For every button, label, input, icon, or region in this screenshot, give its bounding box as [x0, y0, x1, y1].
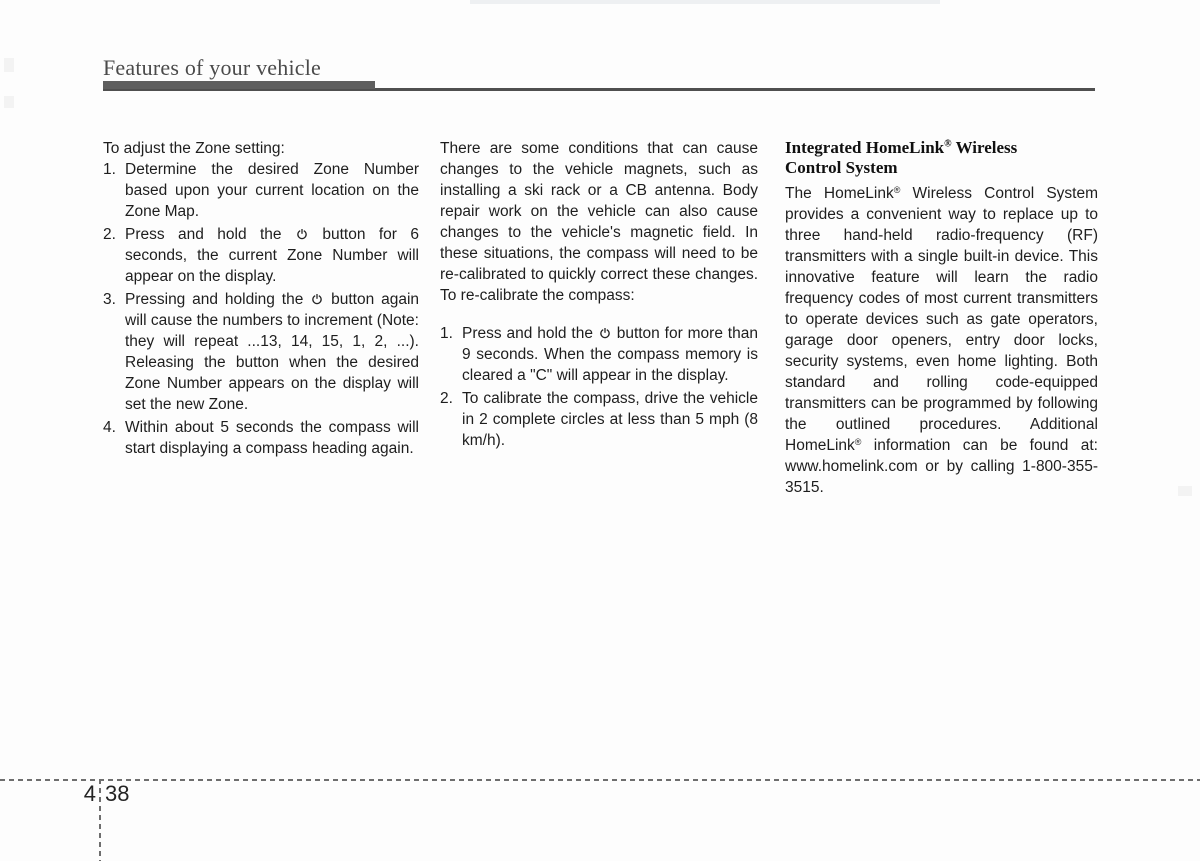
footer-dashed-rule-horizontal [0, 779, 1200, 781]
zone-setting-intro: To adjust the Zone setting: [103, 138, 419, 159]
list-item-text: Within about 5 seconds the compass will … [125, 417, 419, 459]
list-item-number: 1. [103, 159, 125, 222]
column-zone-setting: To adjust the Zone setting: 1. Determine… [103, 138, 419, 461]
power-icon [296, 228, 308, 240]
list-item-text: Press and hold the button for more than … [462, 323, 758, 386]
list-item: 4. Within about 5 seconds the compass wi… [103, 417, 419, 459]
manual-page: Features of your vehicle To adjust the Z… [0, 0, 1200, 861]
heading-text: Control System [785, 158, 898, 177]
scan-artifact [1178, 486, 1192, 496]
scan-artifact [4, 58, 14, 72]
compass-calibration-list: 1. Press and hold the button for more th… [440, 323, 758, 451]
footer-chapter-number: 4 [58, 781, 96, 807]
page-title: Features of your vehicle [103, 55, 321, 81]
list-item-text-pre: Press and hold the [125, 226, 282, 243]
list-item: 3. Pressing and holding the button again… [103, 289, 419, 415]
list-item: 2. Press and hold the button for 6 secon… [103, 224, 419, 287]
zone-setting-list: 1. Determine the desired Zone Number bas… [103, 159, 419, 459]
list-item: 1. Determine the desired Zone Number bas… [103, 159, 419, 222]
list-item-text-pre: Press and hold the [462, 325, 593, 342]
list-item-text: Determine the desired Zone Number based … [125, 159, 419, 222]
list-item: 2. To calibrate the compass, drive the v… [440, 388, 758, 451]
scan-artifact-top-band [470, 0, 940, 4]
list-item-number: 2. [103, 224, 125, 287]
list-item-text: Pressing and holding the button again wi… [125, 289, 419, 415]
list-item: 1. Press and hold the button for more th… [440, 323, 758, 386]
list-item-number: 4. [103, 417, 125, 459]
homelink-section-heading: Integrated HomeLink® Wireless Control Sy… [785, 138, 1098, 178]
list-item-text: To calibrate the compass, drive the vehi… [462, 388, 758, 451]
registered-trademark-symbol: ® [944, 138, 951, 149]
body-text: Wireless Control System provides a conve… [785, 185, 1098, 454]
list-item-text: Press and hold the button for 6 seconds,… [125, 224, 419, 287]
scan-artifact [4, 96, 14, 108]
list-item-number: 3. [103, 289, 125, 415]
body-text: The HomeLink [785, 185, 894, 202]
header-rule-thick [103, 81, 375, 89]
column-compass-calibration: There are some conditions that can cause… [440, 138, 758, 453]
list-item-number: 2. [440, 388, 462, 451]
power-icon [599, 327, 611, 339]
power-icon [311, 293, 323, 305]
column-homelink: Integrated HomeLink® Wireless Control Sy… [785, 138, 1098, 498]
homelink-body-paragraph: The HomeLink® Wireless Control System pr… [785, 183, 1098, 498]
footer-page-number: 38 [105, 781, 129, 807]
list-item-number: 1. [440, 323, 462, 386]
heading-text: Wireless [952, 138, 1018, 157]
footer-dashed-rule-vertical [99, 779, 101, 861]
compass-conditions-paragraph: There are some conditions that can cause… [440, 138, 758, 306]
list-item-text-pre: Pressing and holding the [125, 291, 303, 308]
list-item-text-post: button again will cause the numbers to i… [125, 291, 419, 413]
heading-text: Integrated HomeLink [785, 138, 944, 157]
